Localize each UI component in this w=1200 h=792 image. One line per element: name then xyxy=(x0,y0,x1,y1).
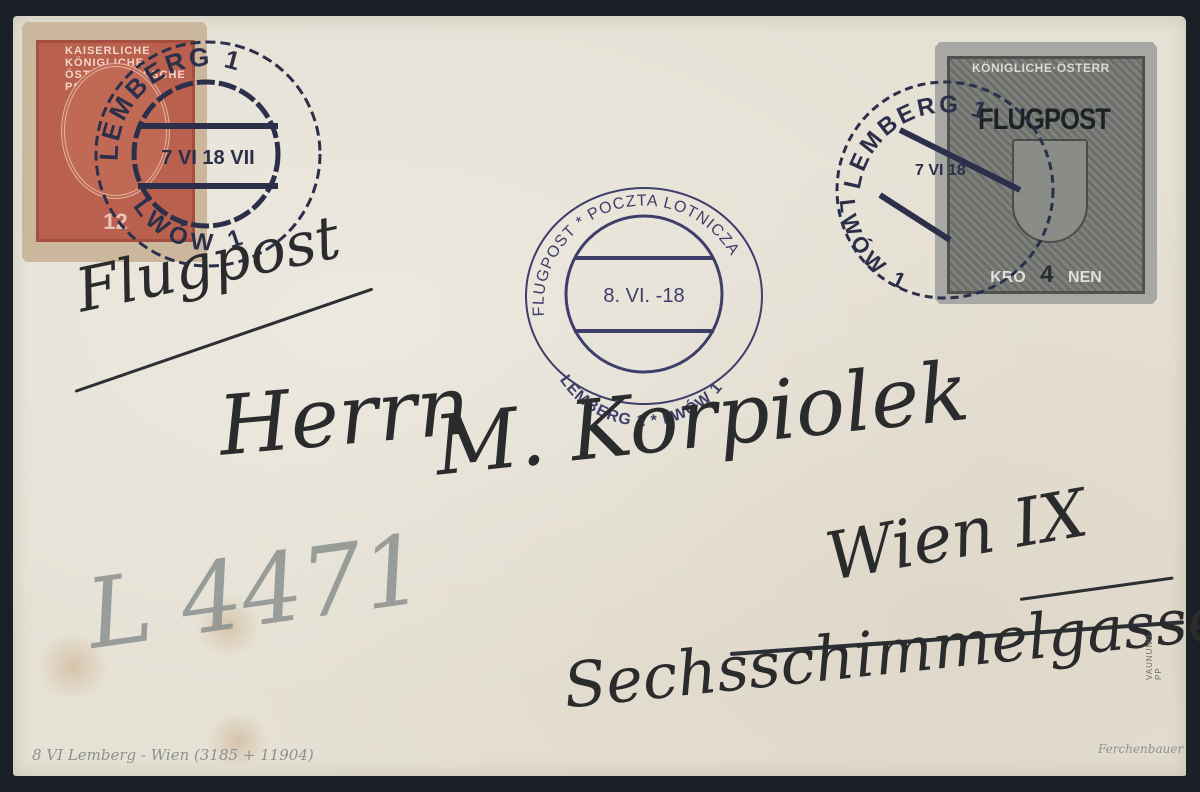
pencil-signature: Ferchenbauer xyxy=(1098,742,1183,756)
postmark-date: 7 VI 18 VII xyxy=(161,147,254,169)
currency-right: NEN xyxy=(1068,269,1102,286)
postmark-date: 7 VI 18 xyxy=(915,162,966,179)
postmark-top-text: LEMBERG 1 xyxy=(94,41,247,161)
postmark-date: 8. VI. -18 xyxy=(603,285,684,307)
expert-mark: VAUNUND PP xyxy=(1145,625,1163,680)
postmark-lemberg-right: LEMBERG 1 LWÓW 1 7 VI 18 xyxy=(830,70,1050,314)
pencil-note-bottom-left: 8 VI Lemberg - Wien (3185 + 11904) xyxy=(32,746,314,764)
svg-text:LEMBERG 1: LEMBERG 1 xyxy=(94,41,247,161)
